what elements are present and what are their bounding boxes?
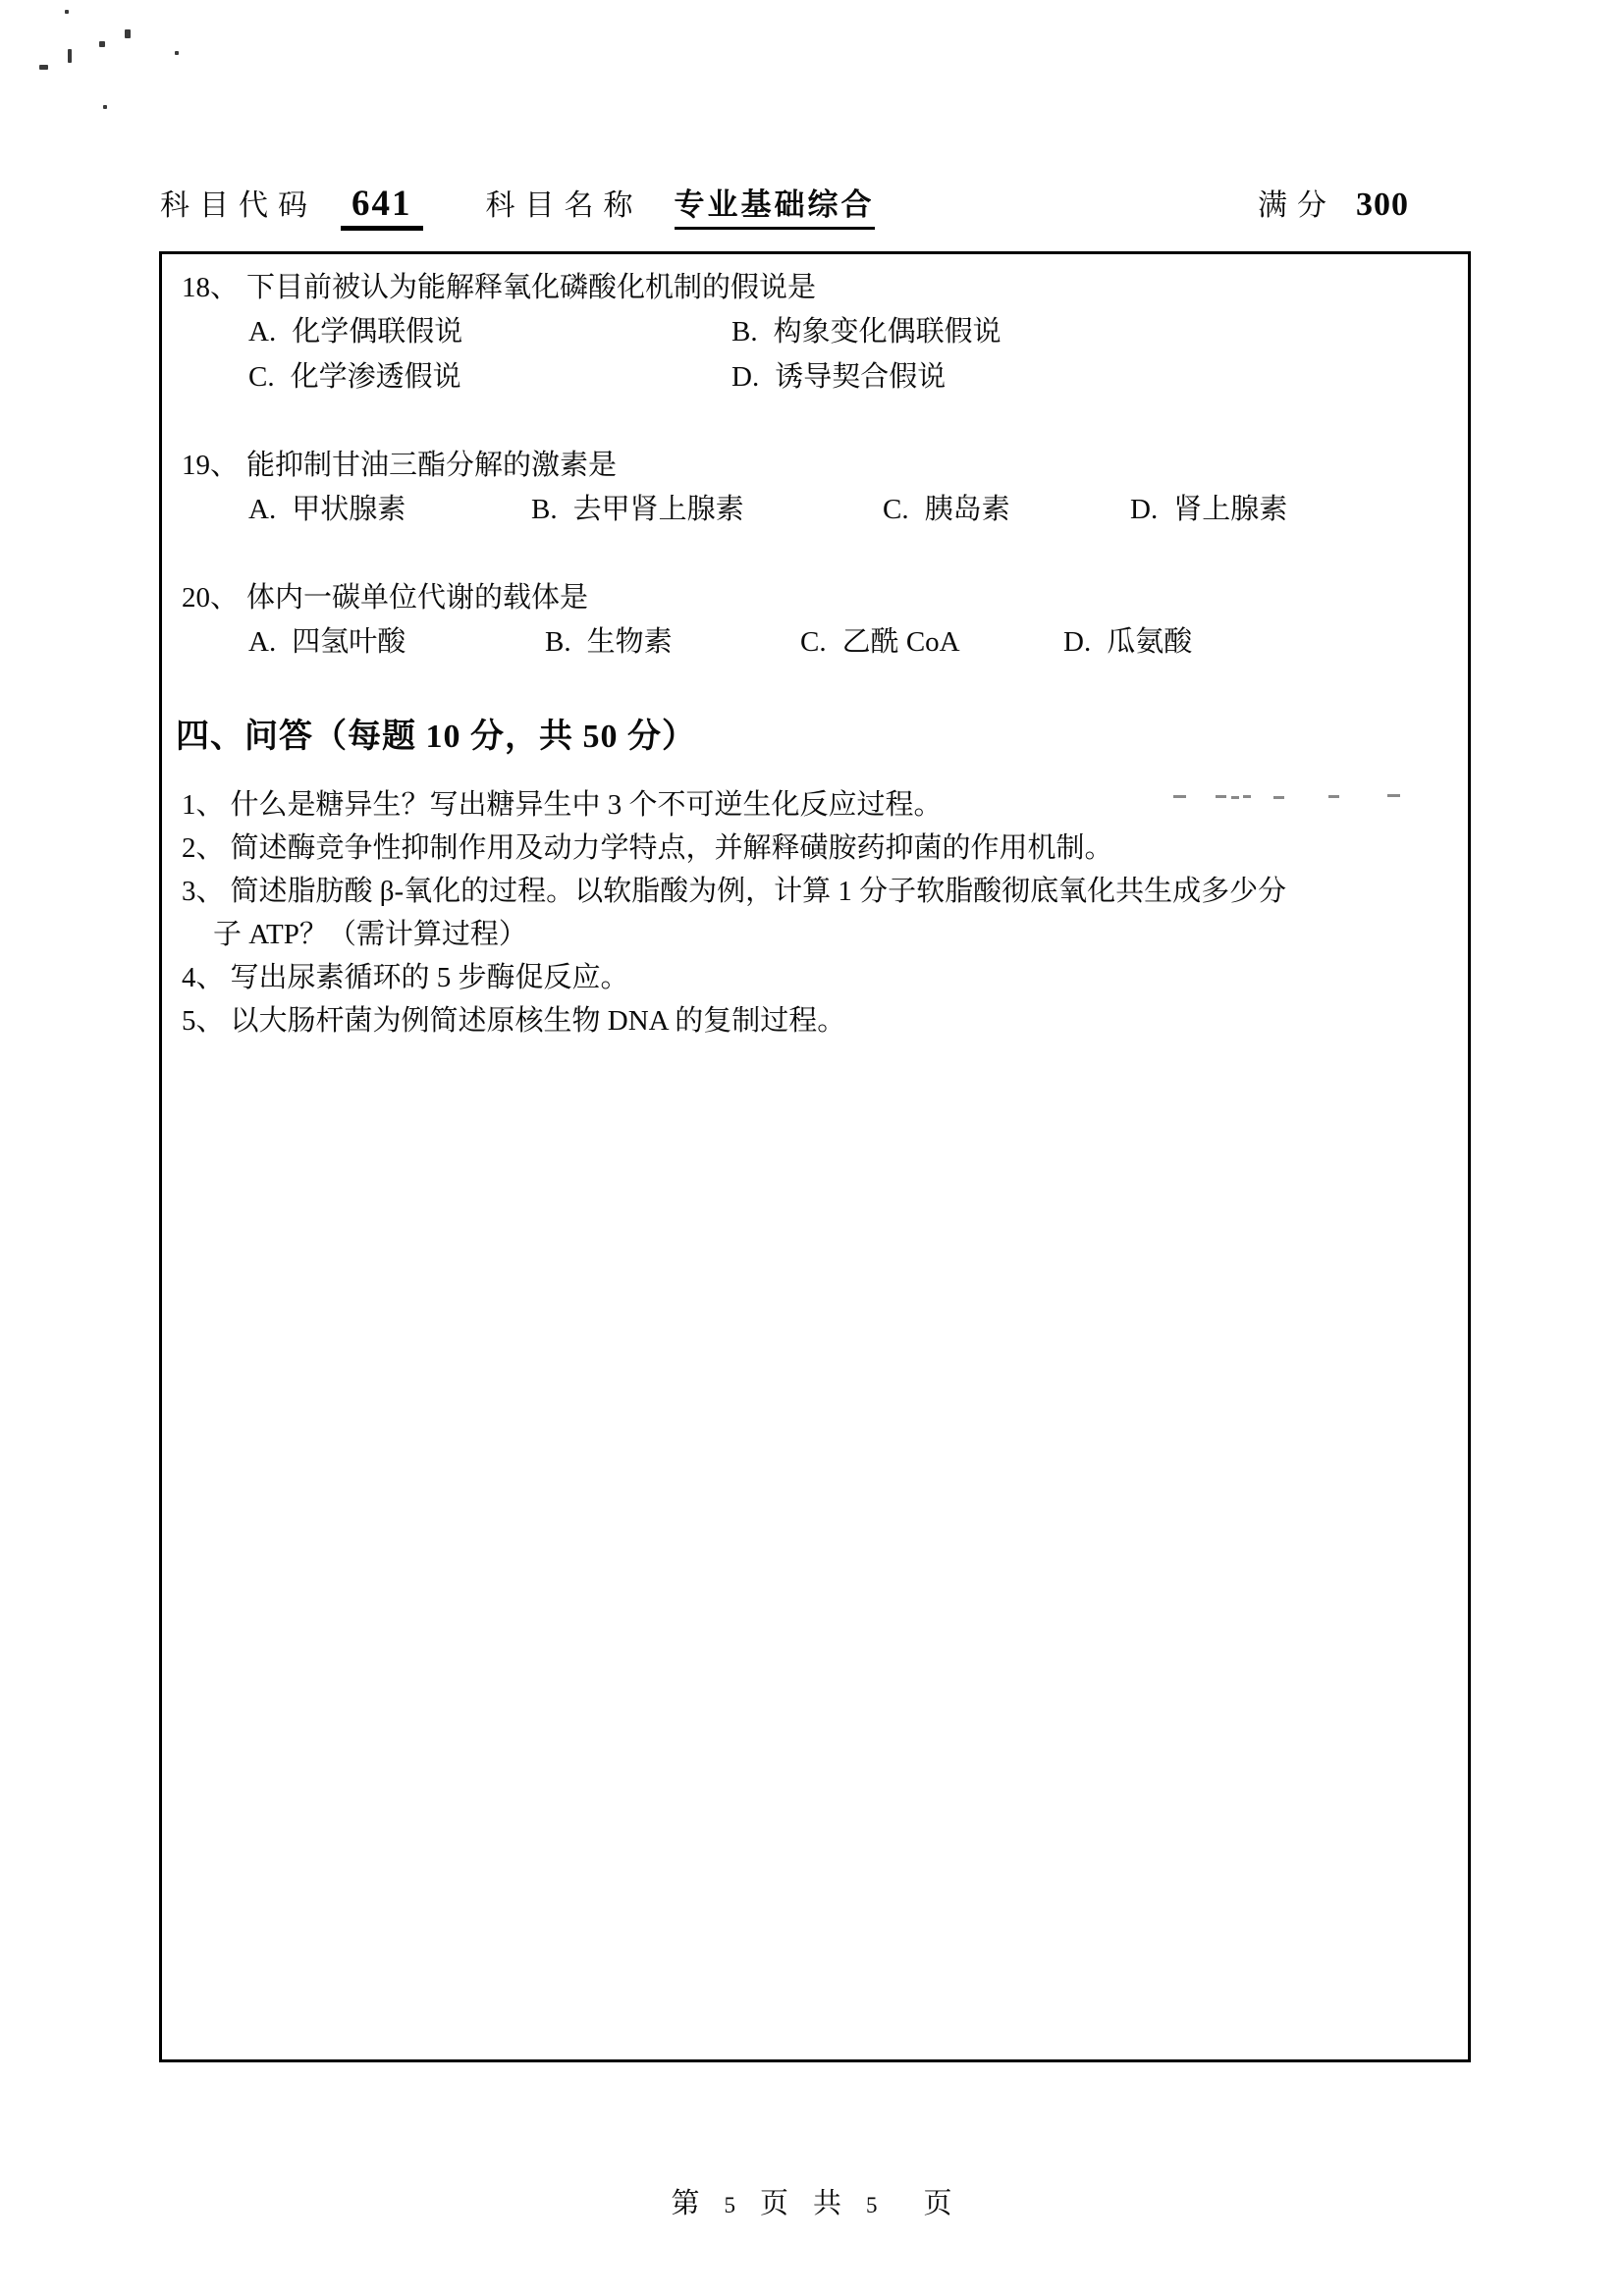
scan-speck [125,29,131,38]
subject-name-label: 科目名称 [486,181,643,224]
option-label: D. [1063,626,1091,658]
footer-label-ye-2: 页 [924,2181,952,2221]
option-text: 化学渗透假说 [291,361,461,393]
scan-speck [65,10,69,14]
question-18-options-row-2: C.化学渗透假说 D.诱导契合假说 [248,354,1468,400]
essay-item-1: 1、什么是糖异生？写出糖异生中 3 个不可逆生化反应过程。 [182,783,1468,827]
option-label: B. [531,494,558,525]
question-18: 18、下目前被认为能解释氧化磷酸化机制的假说是 A.化学偶联假说 B.构象变化偶… [162,266,1468,400]
option-d: D.诱导契合假说 [731,354,946,400]
essay-text: 什么是糖异生？写出糖异生中 3 个不可逆生化反应过程。 [231,789,943,821]
option-label: D. [1130,494,1158,525]
option-label: B. [545,626,571,658]
question-19-options-row: A.甲状腺素 B.去甲肾上腺素 C.胰岛素 D.肾上腺素 [248,487,1468,532]
scan-speck [39,65,48,70]
option-label: B. [731,316,758,347]
option-d: D.瓜氨酸 [1063,619,1192,665]
essay-text: 子 ATP？（需计算过程） [213,919,527,950]
essay-text: 以大肠杆菌为例简述原核生物 DNA 的复制过程。 [231,1005,846,1037]
exam-page: 科目代码 641 科目名称 专业基础综合 满分 300 18、下目前被认为能解释… [0,0,1623,2296]
option-text: 构象变化偶联假说 [774,316,1001,347]
essay-item-3-continued: 子 ATP？（需计算过程） [213,913,1468,956]
option-label: A. [248,316,276,347]
scan-speck [99,41,105,47]
essay-item-3: 3、简述脂肪酸 β-氧化的过程。以软脂酸为例，计算 1 分子软脂酸彻底氧化共生成… [182,870,1468,913]
question-text: 下目前被认为能解释氧化磷酸化机制的假说是 [246,272,816,303]
subject-code-label: 科目代码 [160,181,317,224]
option-text: 胰岛素 [925,494,1010,525]
option-b: B.生物素 [545,619,800,665]
footer-label-gong: 共 [813,2181,841,2221]
question-18-stem: 18、下目前被认为能解释氧化磷酸化机制的假说是 [182,266,1468,309]
option-text: 瓜氨酸 [1107,626,1192,658]
option-b: B.去甲肾上腺素 [531,487,883,532]
option-text: 生物素 [587,626,673,658]
option-label: C. [800,626,827,658]
option-label: A. [248,494,276,525]
option-text: 四氢叶酸 [292,626,406,658]
option-text: 甲状腺素 [292,494,406,525]
question-19-stem: 19、能抑制甘油三酯分解的激素是 [182,444,1468,487]
question-text: 体内一碳单位代谢的载体是 [246,582,588,614]
essay-text: 简述酶竞争性抑制作用及动力学特点，并解释磺胺药抑菌的作用机制。 [231,832,1113,864]
current-page-number: 5 [724,2193,735,2218]
option-c: C.乙酰 CoA [800,619,1063,665]
option-a: A.化学偶联假说 [248,309,731,354]
essay-number: 2、 [182,832,225,864]
option-label: A. [248,626,276,658]
essay-item-5: 5、以大肠杆菌为例简述原核生物 DNA 的复制过程。 [182,999,1468,1042]
essay-number: 3、 [182,876,225,907]
question-20-options-row: A.四氢叶酸 B.生物素 C.乙酰 CoA D.瓜氨酸 [248,619,1468,665]
page-header: 科目代码 641 科目名称 专业基础综合 满分 300 [160,180,1409,231]
total-page-number: 5 [866,2193,878,2218]
essay-text: 写出尿素循环的 5 步酶促反应。 [231,962,629,993]
option-b: B.构象变化偶联假说 [731,309,1001,354]
subject-code-value: 641 [341,183,423,231]
subject-name-value: 专业基础综合 [675,180,875,230]
essay-number: 5、 [182,1005,225,1037]
question-number: 19、 [182,450,239,481]
footer-label-ye: 页 [760,2181,788,2221]
essay-item-4: 4、写出尿素循环的 5 步酶促反应。 [182,956,1468,999]
essay-item-2: 2、简述酶竞争性抑制作用及动力学特点，并解释磺胺药抑菌的作用机制。 [182,827,1468,870]
option-c: C.化学渗透假说 [248,354,731,400]
question-20-stem: 20、体内一碳单位代谢的载体是 [182,576,1468,619]
question-18-options-row-1: A.化学偶联假说 B.构象变化偶联假说 [248,309,1468,354]
full-score-value: 300 [1356,187,1409,224]
option-a: A.四氢叶酸 [248,619,545,665]
option-text: 肾上腺素 [1173,494,1287,525]
question-text: 能抑制甘油三酯分解的激素是 [246,450,617,481]
option-c: C.胰岛素 [883,487,1130,532]
option-a: A.甲状腺素 [248,487,531,532]
option-text: 诱导契合假说 [775,361,946,393]
scan-speck [68,49,72,63]
essay-section-title: 四、问答（每题 10 分，共 50 分） [176,714,1468,761]
option-label: D. [731,361,759,393]
option-label: C. [883,494,909,525]
footer-label-di: 第 [671,2181,699,2221]
full-score-label: 满分 [1258,181,1336,224]
question-number: 18、 [182,272,239,303]
question-19: 19、能抑制甘油三酯分解的激素是 A.甲状腺素 B.去甲肾上腺素 C.胰岛素 D… [162,444,1468,532]
option-d: D.肾上腺素 [1130,487,1287,532]
question-number: 20、 [182,582,239,614]
essay-list: 1、什么是糖异生？写出糖异生中 3 个不可逆生化反应过程。 2、简述酶竞争性抑制… [162,783,1468,1042]
essay-text: 简述脂肪酸 β-氧化的过程。以软脂酸为例，计算 1 分子软脂酸彻底氧化共生成多少… [231,876,1287,907]
question-20: 20、体内一碳单位代谢的载体是 A.四氢叶酸 B.生物素 C.乙酰 CoA D.… [162,576,1468,665]
content-box: 18、下目前被认为能解释氧化磷酸化机制的假说是 A.化学偶联假说 B.构象变化偶… [159,251,1471,2062]
page-footer: 第 5 页 共 5 页 [0,2181,1623,2221]
option-text: 乙酰 CoA [842,626,960,658]
scan-speck [103,105,107,109]
scan-speck [175,51,179,55]
essay-number: 4、 [182,962,225,993]
essay-number: 1、 [182,789,225,821]
option-text: 化学偶联假说 [292,316,462,347]
option-label: C. [248,361,275,393]
option-text: 去甲肾上腺素 [573,494,744,525]
